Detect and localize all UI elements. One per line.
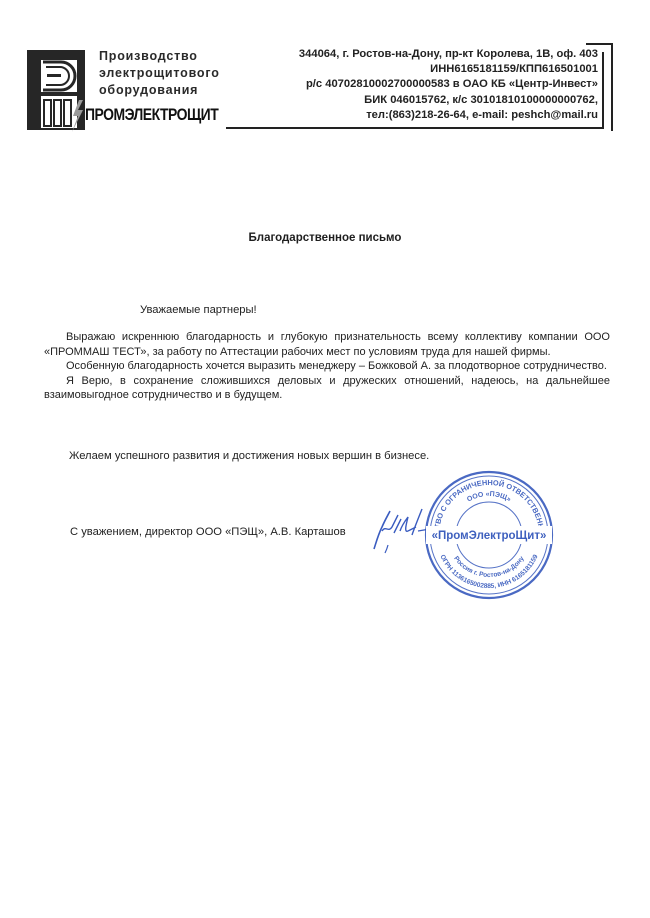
header-frame-line [602, 52, 604, 128]
header-frame-line [611, 43, 613, 131]
tagline-line: Производство [99, 48, 220, 65]
letter-body: Выражаю искреннюю благодарность и глубок… [44, 330, 610, 403]
letter-title: Благодарственное письмо [0, 232, 650, 244]
letter-greeting: Уважаемые партнеры! [140, 304, 257, 316]
company-contacts: 344064, г. Ростов-на-Дону, пр-кт Королев… [299, 47, 598, 123]
phone-email-line: тел:(863)218-26-64, e-mail: peshch@mail.… [299, 108, 598, 123]
stamp-bottom-inner: Россия г. Ростов-на-Дону [452, 555, 526, 579]
company-stamp-icon: ОБЩЕСТВО С ОГРАНИЧЕННОЙ ОТВЕТСТВЕННОСТЬЮ… [422, 468, 556, 602]
logo-company-name: ПРОМЭЛЕКТРОЩИТ [85, 105, 218, 125]
tagline-line: оборудования [99, 82, 220, 99]
header-frame-line [586, 43, 612, 45]
stamp-center-text: «ПромЭлектроЩит» [432, 530, 547, 542]
letter-signature: С уважением, директор ООО «ПЭЩ», А.В. Ка… [70, 526, 346, 538]
letter-wish: Желаем успешного развития и достижения н… [69, 450, 429, 462]
company-logo-icon [27, 50, 89, 132]
bank-account-line: р/с 40702810002700000583 в ОАО КБ «Центр… [299, 77, 598, 92]
body-paragraph: Особенную благодарность хочется выразить… [44, 359, 610, 374]
header-frame-line [226, 127, 604, 129]
tagline-line: электрощитового [99, 65, 220, 82]
logo-tagline: Производство электрощитового оборудовани… [99, 48, 220, 99]
company-logo: Производство электрощитового оборудовани… [27, 48, 227, 140]
svg-text:Россия г. Ростов-на-Дону: Россия г. Ростов-на-Дону [452, 555, 526, 579]
body-paragraph: Я Верю, в сохранение сложившихся деловых… [44, 374, 610, 403]
address-line: 344064, г. Ростов-на-Дону, пр-кт Королев… [299, 47, 598, 62]
bank-code-line: БИК 046015762, к/с 30101810100000000762, [299, 93, 598, 108]
body-paragraph: Выражаю искреннюю благодарность и глубок… [44, 330, 610, 359]
tax-id-line: ИНН6165181159/КПП616501001 [299, 62, 598, 77]
